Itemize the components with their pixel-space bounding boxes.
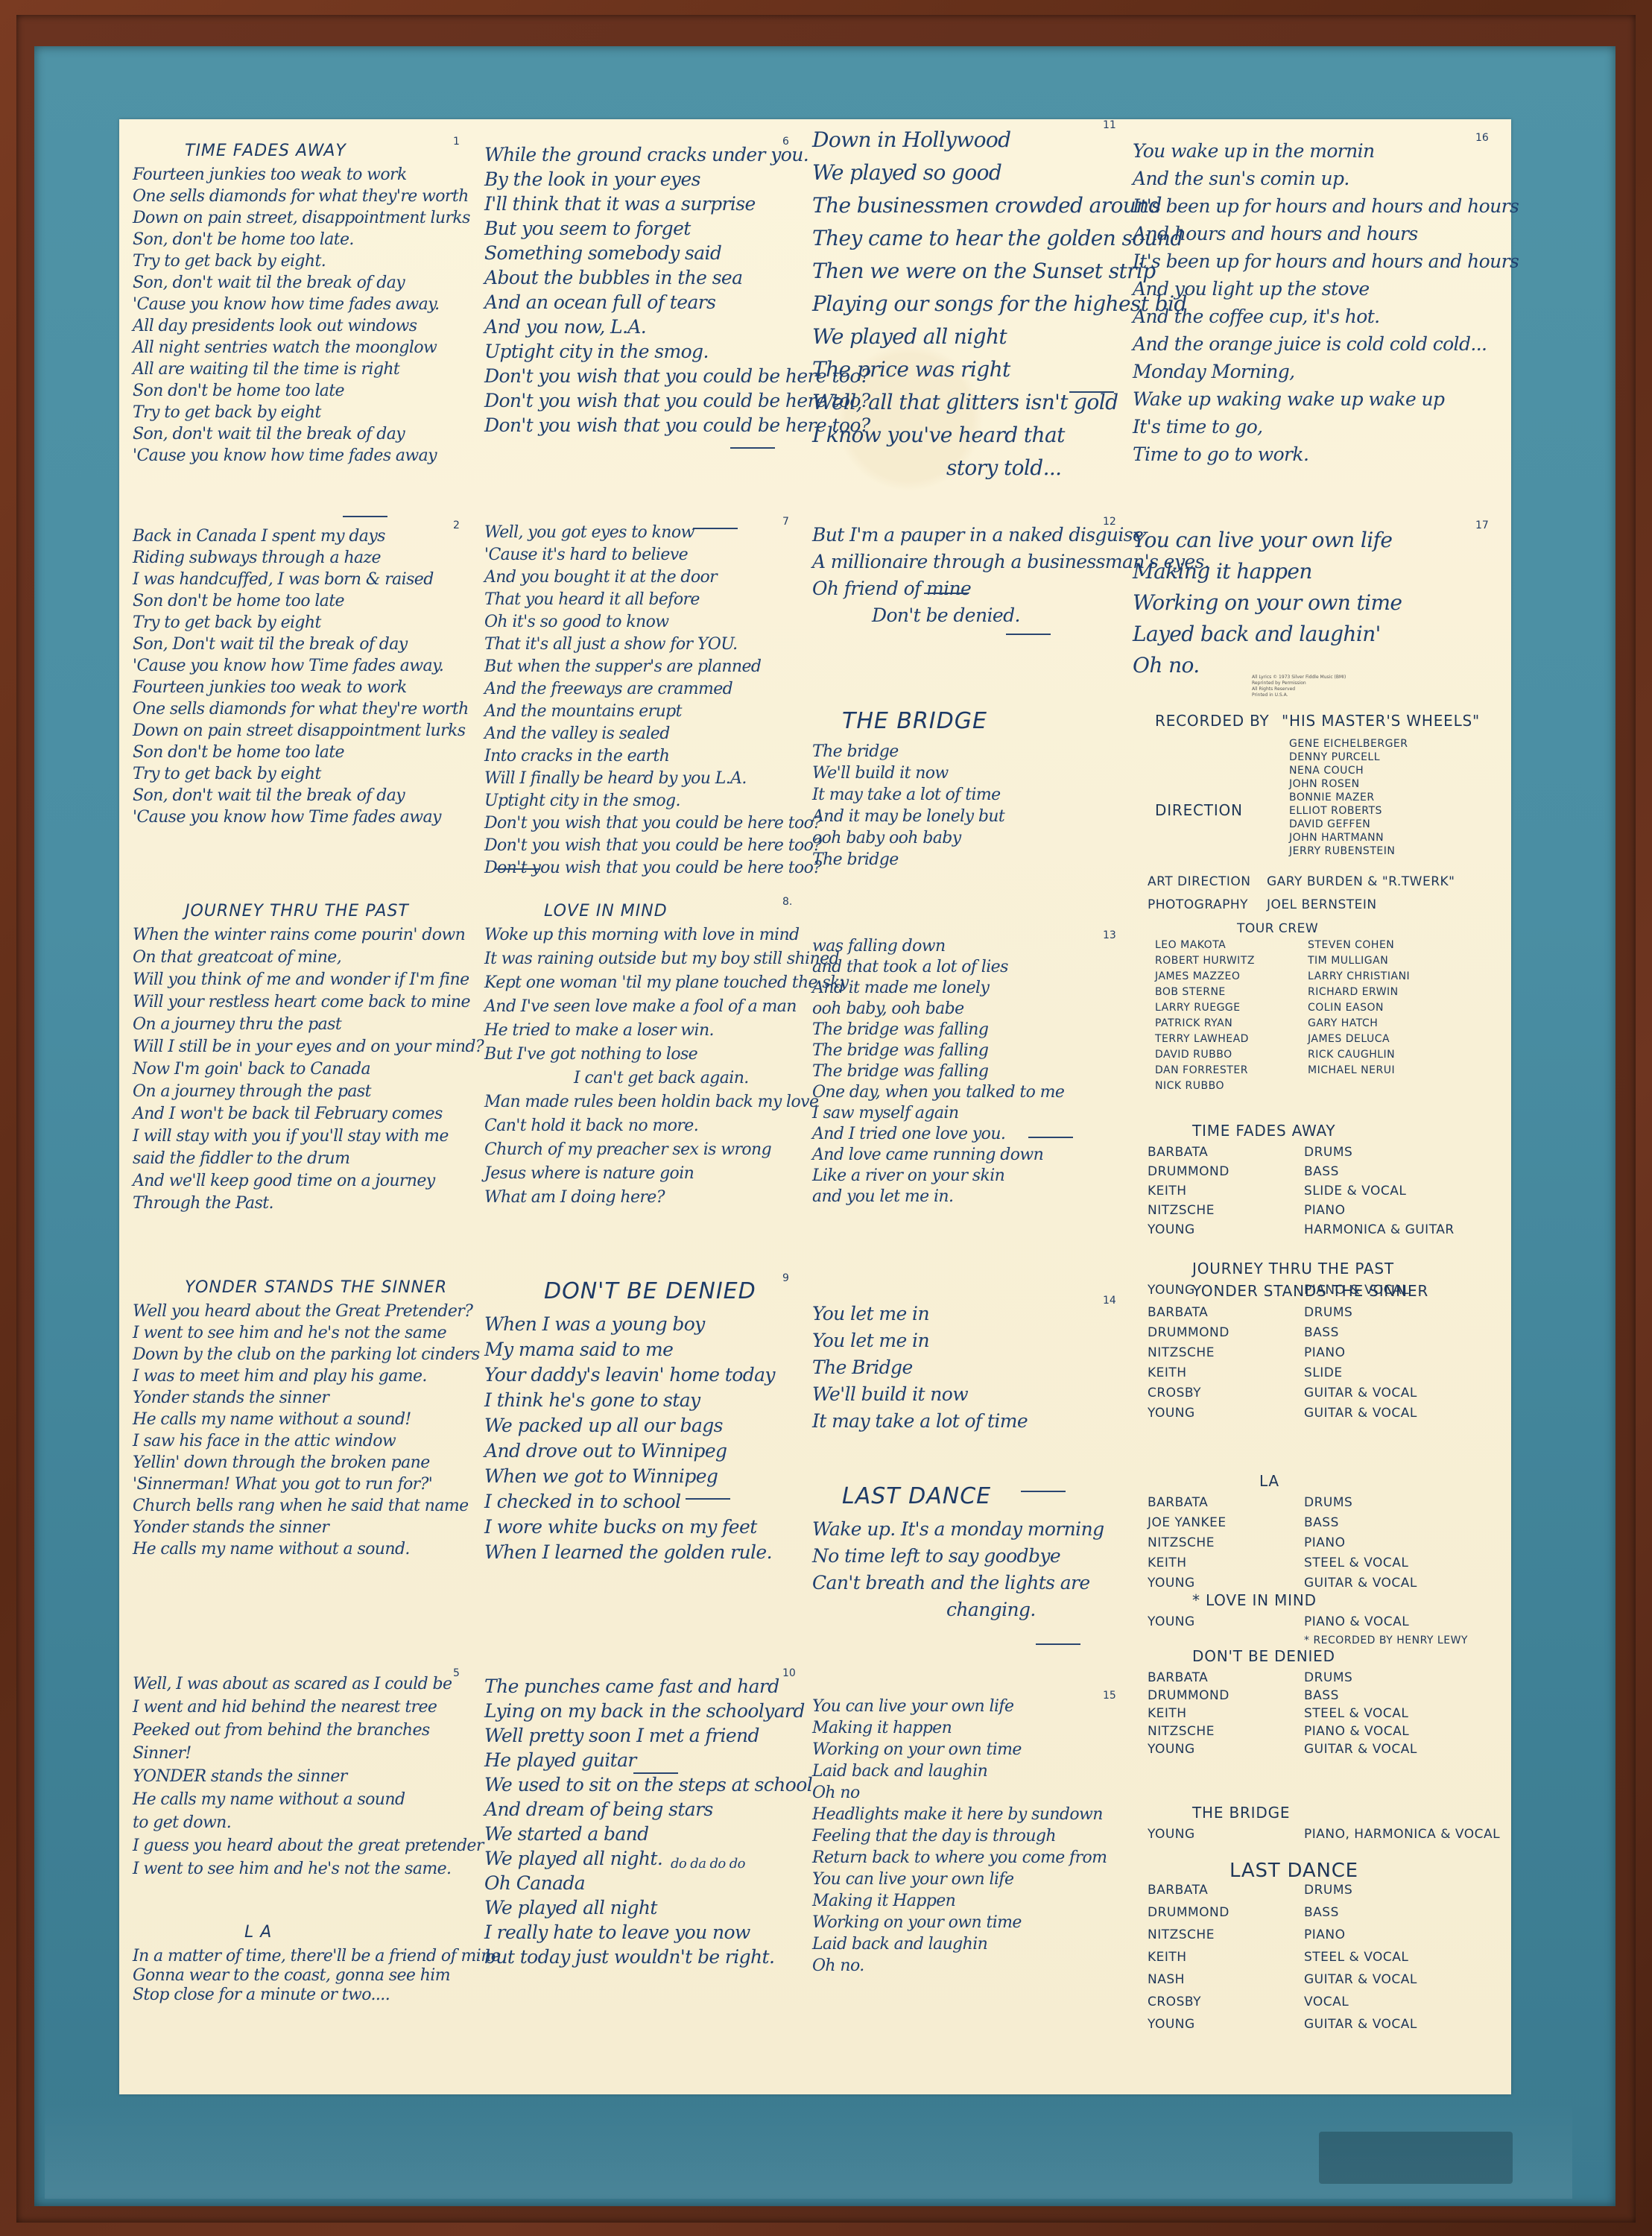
engineer-name: GENE EICHELBERGER [1289, 738, 1408, 751]
page-number: 10 [782, 1667, 796, 1679]
lyric-line: Lying on my back in the schoolyard [484, 1698, 805, 1725]
lyric-line: All night sentries watch the moonglow [133, 337, 437, 359]
lyric-line: That it's all just a show for YOU. [484, 634, 738, 655]
lyric-line: Into cracks in the earth [484, 745, 669, 767]
lyric-aside: do da do do [671, 1853, 745, 1875]
lyric-line: Yonder stands the sinner [133, 1517, 329, 1538]
musician-instrument: BASS [1304, 1515, 1339, 1531]
page-number: 8. [782, 896, 792, 908]
musician-name: KEITH [1148, 1183, 1187, 1199]
musician-name: NITZSCHE [1148, 1202, 1215, 1219]
lyric-line: We played all night. [484, 1845, 662, 1872]
lyric-line: The bridge [812, 849, 899, 871]
lyric-line: I guess you heard about the great preten… [133, 1835, 484, 1857]
song-title: JOURNEY THRU THE PAST [185, 902, 409, 920]
lyric-line: And I won't be back til February comes [133, 1103, 443, 1125]
musician-name: BARBATA [1148, 1144, 1208, 1160]
director-name: JOHN HARTMANN [1289, 832, 1384, 844]
musician-instrument: SLIDE [1304, 1365, 1343, 1381]
lyric-line: The bridge was falling [812, 1019, 988, 1040]
lyric-line: I know you've heard that [812, 420, 1065, 450]
tour-crew-name: LARRY CHRISTIANI [1308, 970, 1410, 983]
section-divider [924, 593, 969, 594]
lyric-line: Son don't be home too late [133, 590, 344, 612]
lyric-line: We played all night [484, 1895, 657, 1921]
lyric-line: Wake up. It's a monday morning [812, 1516, 1104, 1543]
lyric-line: I went to see him and he's not the same. [133, 1858, 451, 1880]
lyric-line: All day presidents look out windows [133, 315, 417, 337]
lyric-line: ooh baby ooh baby [812, 827, 961, 849]
lyric-line: 'Cause it's hard to believe [484, 544, 688, 566]
lyric-line: You let me in [812, 1327, 929, 1354]
tour-crew-name: BOB STERNE [1155, 986, 1226, 999]
musician-name: KEITH [1148, 1365, 1187, 1381]
lyric-line: Church of my preacher sex is wrong [484, 1139, 771, 1160]
section-divider [633, 1772, 678, 1774]
lyric-line: And drove out to Winnipeg [484, 1438, 727, 1465]
copyright-line: All Rights Reserved [1252, 686, 1295, 692]
lyric-line: Playing our songs for the highest bid [812, 289, 1187, 319]
lyric-line: And I've seen love make a fool of a man [484, 996, 797, 1017]
musician-name: KEITH [1148, 1555, 1187, 1571]
lyric-line: Stop close for a minute or two.... [133, 1984, 390, 2006]
lyric-line: and you let me in. [812, 1186, 953, 1207]
section-divider [1006, 634, 1051, 635]
lyric-line: And it made me lonely [812, 977, 989, 999]
musician-name: JOE YANKEE [1148, 1515, 1227, 1531]
page-number: 17 [1475, 519, 1489, 531]
section-divider [730, 447, 775, 449]
musician-instrument: DRUMS [1304, 1494, 1352, 1511]
lyric-line: Fourteen junkies too weak to work [133, 677, 407, 698]
lyric-line: When we got to Winnipeg [484, 1463, 718, 1490]
lyric-line: Gonna wear to the coast, gonna see him [133, 1965, 450, 1986]
lyric-line: Down on pain street disappointment lurks [133, 720, 465, 742]
lyric-line: Working on your own time [1133, 588, 1402, 618]
musician-name: YOUNG [1148, 1405, 1195, 1421]
musician-instrument: GUITAR & VOCAL [1304, 1575, 1417, 1591]
song-credit-title: DON'T BE DENIED [1192, 1647, 1335, 1665]
lyric-line: And hours and hours and hours [1133, 221, 1418, 247]
musician-instrument: DRUMS [1304, 1670, 1352, 1686]
lyric-line: And dream of being stars [484, 1796, 713, 1823]
engineer-name: NENA COUCH [1289, 765, 1364, 777]
lyric-line: When the winter rains come pourin' down [133, 924, 465, 946]
page-number: 11 [1103, 119, 1116, 131]
musician-instrument: DRUMS [1304, 1144, 1352, 1160]
lyric-line: I'll think that it was a surprise [484, 191, 756, 218]
lyric-line: By the look in your eyes [484, 166, 700, 193]
lyric-line: We played so good [812, 158, 1001, 188]
lyric-line: And you light up the stove [1133, 276, 1370, 303]
lyric-line: story told... [946, 453, 1061, 483]
credit-note: * RECORDED BY HENRY LEWY [1304, 1635, 1468, 1647]
lyric-line: You can live your own life [812, 1696, 1013, 1717]
lyric-line: It's time to go, [1133, 414, 1263, 440]
page-number: 14 [1103, 1295, 1116, 1307]
musician-name: NITZSCHE [1148, 1723, 1215, 1740]
lyric-line: In a matter of time, there'll be a frien… [133, 1945, 500, 1967]
lyric-line: The bridge [812, 741, 899, 762]
musician-name: KEITH [1148, 1949, 1187, 1965]
lyric-line: Will I still be in your eyes and on your… [133, 1036, 484, 1058]
lyric-line: On that greatcoat of mine, [133, 947, 341, 968]
section-divider [1028, 1137, 1073, 1138]
tour-crew-name: COLIN EASON [1308, 1002, 1384, 1014]
lyric-line: We packed up all our bags [484, 1412, 723, 1439]
lyric-line: Back in Canada I spent my days [133, 525, 385, 547]
lyric-line: And the orange juice is cold cold cold..… [1133, 331, 1487, 358]
song-credit-title: THE BRIDGE [1192, 1804, 1290, 1822]
director-name: JERRY RUBENSTEIN [1289, 845, 1395, 858]
musician-instrument: DRUMS [1304, 1882, 1352, 1898]
lyric-line: Will your restless heart come back to mi… [133, 991, 470, 1013]
lyric-line: Now I'm goin' back to Canada [133, 1058, 370, 1080]
musician-name: YOUNG [1148, 1282, 1195, 1298]
musician-name: BARBATA [1148, 1304, 1208, 1321]
song-title: LOVE IN MIND [544, 902, 668, 920]
lyric-line: Try to get back by eight [133, 402, 321, 423]
lyric-line: Working on your own time [812, 1912, 1022, 1933]
section-divider [1069, 391, 1114, 393]
musician-instrument: PIANO & VOCAL [1304, 1614, 1409, 1630]
lyric-line: All are waiting til the time is right [133, 359, 399, 380]
lyric-line: Son don't be home too late [133, 380, 344, 402]
lyric-line: Son don't be home too late [133, 742, 344, 763]
lyric-line: I was to meet him and play his game. [133, 1365, 427, 1387]
lyric-line: He tried to make a loser win. [484, 1020, 714, 1041]
lyric-line: 'Cause you know how time fades away [133, 445, 437, 467]
musician-instrument: STEEL & VOCAL [1304, 1705, 1408, 1722]
musician-name: CROSBY [1148, 1385, 1201, 1401]
lyric-line: And it may be lonely but [812, 806, 1004, 827]
lyric-line: And an ocean full of tears [484, 289, 715, 316]
lyric-line: Making it happen [1133, 557, 1312, 587]
musician-instrument: GUITAR & VOCAL [1304, 1971, 1417, 1988]
tour-crew-name: TERRY LAWHEAD [1155, 1033, 1249, 1046]
lyric-line: And I tried one love you. [812, 1123, 1005, 1145]
lyric-line: It may take a lot of time [812, 784, 1001, 806]
lyric-line: Yellin' down through the broken pane [133, 1452, 430, 1474]
lyric-line: But I've got nothing to lose [484, 1043, 697, 1065]
lyric-line: said the fiddler to the drum [133, 1148, 349, 1169]
photography-value: JOEL BERNSTEIN [1267, 897, 1377, 913]
lyric-line: Son, don't be home too late. [133, 229, 354, 250]
musician-name: YOUNG [1148, 1575, 1195, 1591]
lyric-line: Son, don't wait til the break of day [133, 423, 405, 445]
lyric-line: Making it happen [812, 1717, 952, 1739]
tour-crew-name: NICK RUBBO [1155, 1080, 1224, 1093]
lyric-line: Well you heard about the Great Pretender… [133, 1301, 472, 1322]
lyrics-column-2: 6While the ground cracks under you.By th… [484, 119, 805, 2094]
picture-frame: TIME FADES AWAY1Fourteen junkies too wea… [0, 0, 1652, 2236]
musician-name: BARBATA [1148, 1670, 1208, 1686]
lyric-line: And the sun's comin up. [1133, 165, 1349, 192]
lyric-line: Riding subways through a haze [133, 547, 381, 569]
lyric-line: Return back to where you come from [812, 1847, 1107, 1869]
lyric-line: Woke up this morning with love in mind [484, 924, 800, 946]
lyric-line: About the bubbles in the sea [484, 265, 742, 291]
lyric-line: Well, you got eyes to know [484, 522, 694, 543]
lyric-line: We started a band [484, 1821, 649, 1848]
musician-instrument: BASS [1304, 1904, 1339, 1921]
musician-name: YOUNG [1148, 1614, 1195, 1630]
musician-instrument: STEEL & VOCAL [1304, 1949, 1408, 1965]
lyric-line: Time to go to work. [1133, 441, 1308, 468]
lyric-line: The bridge was falling [812, 1061, 988, 1082]
musician-name: BARBATA [1148, 1882, 1208, 1898]
lyric-line: Yonder stands the sinner [133, 1387, 329, 1409]
copyright-line: All Lyrics © 1973 Silver Fiddle Music (B… [1252, 675, 1346, 680]
lyric-line: I wore white bucks on my feet [484, 1514, 757, 1541]
lyric-line: Then we were on the Sunset strip [812, 256, 1156, 286]
musician-name: YOUNG [1148, 1741, 1195, 1757]
lyric-line: Don't you wish that you could be here to… [484, 812, 821, 834]
lyric-line: Kept one woman 'til my plane touched the… [484, 972, 849, 994]
musician-instrument: SLIDE & VOCAL [1304, 1183, 1406, 1199]
lyric-line: Fourteen junkies too weak to work [133, 164, 407, 186]
lyric-line: Will I finally be heard by you L.A. [484, 768, 747, 789]
lyric-line: Will you think of me and wonder if I'm f… [133, 969, 469, 991]
lyric-line: I checked in to school [484, 1488, 681, 1515]
lyric-line: And the valley is sealed [484, 723, 670, 745]
recorded-by-value: "HIS MASTER'S WHEELS" [1282, 712, 1480, 730]
lyric-line: The Bridge [812, 1354, 913, 1381]
musician-instrument: GUITAR & VOCAL [1304, 2016, 1417, 2033]
tour-crew-label: TOUR CREW [1237, 920, 1318, 937]
lyrics-column-3: 11Down in HollywoodWe played so goodThe … [812, 119, 1125, 2094]
lyric-line: He calls my name without a sound. [133, 1538, 410, 1560]
lyric-line: Oh no [812, 1782, 860, 1804]
lyric-line: What am I doing here? [484, 1187, 665, 1208]
musician-instrument: BASS [1304, 1163, 1339, 1180]
tour-crew-name: DAN FORRESTER [1155, 1064, 1248, 1077]
tour-crew-name: RICHARD ERWIN [1308, 986, 1399, 999]
lyric-line: No time left to say goodbye [812, 1543, 1060, 1570]
musician-instrument: PIANO & VOCAL [1304, 1723, 1409, 1740]
musician-instrument: BASS [1304, 1687, 1339, 1704]
lyric-line: Try to get back by eight [133, 763, 321, 785]
lyric-line: He calls my name without a sound! [133, 1409, 411, 1430]
lyric-line: I saw myself again [812, 1102, 958, 1124]
lyric-line: Your daddy's leavin' home today [484, 1362, 775, 1389]
lyric-line: Down in Hollywood [812, 125, 1011, 155]
musician-name: YOUNG [1148, 1826, 1195, 1842]
lyric-line: He calls my name without a sound [133, 1789, 405, 1810]
tour-crew-name: DAVID RUBBO [1155, 1049, 1232, 1061]
lyric-line: My mama said to me [484, 1336, 673, 1363]
lyric-line: And the freeways are crammed [484, 678, 732, 700]
page-number: 7 [782, 516, 789, 528]
lyric-line: Son, don't wait til the break of day [133, 785, 405, 806]
lyric-line: 'Cause you know how Time fades away [133, 806, 441, 828]
tour-crew-name: JAMES MAZZEO [1155, 970, 1240, 983]
lyric-line: Uptight city in the smog. [484, 338, 709, 365]
lyric-line: Well, I was about as scared as I could b… [133, 1673, 452, 1695]
lyric-line: But when the supper's are planned [484, 656, 761, 678]
director-name: DAVID GEFFEN [1289, 818, 1370, 831]
song-title: TIME FADES AWAY [185, 142, 346, 160]
photography-label: PHOTOGRAPHY [1148, 897, 1248, 913]
song-title: THE BRIDGE [842, 708, 987, 734]
lyric-line: I saw his face in the attic window [133, 1430, 396, 1452]
copyright-line: Reprinted by Permission [1252, 680, 1306, 686]
lyric-line: Oh it's so good to know [484, 611, 668, 633]
lyric-line: changing. [946, 1597, 1036, 1623]
lyric-line: 'Sinnerman! What you got to run for?' [133, 1474, 432, 1495]
lyric-line: They came to hear the golden sound [812, 224, 1183, 253]
lyric-line: It's been up for hours and hours and hou… [1133, 193, 1519, 220]
lyric-line: Laid back and laughin [812, 1760, 987, 1782]
lyric-line: Son, Don't wait til the break of day [133, 634, 408, 655]
lyric-line: While the ground cracks under you. [484, 142, 808, 168]
art-direction-value: GARY BURDEN & "R.TWERK" [1267, 874, 1455, 890]
tour-crew-name: JAMES DELUCA [1308, 1033, 1390, 1046]
musician-instrument: BASS [1304, 1324, 1339, 1341]
lyric-line: Don't you wish that you could be here to… [484, 835, 821, 856]
musician-instrument: PIANO [1304, 1535, 1346, 1551]
lyric-line: Oh Canada [484, 1870, 585, 1897]
lyric-line: Layed back and laughin' [1133, 619, 1381, 649]
lyric-line: Working on your own time [812, 1739, 1022, 1760]
page-number: 5 [453, 1667, 460, 1679]
musician-name: NITZSCHE [1148, 1927, 1215, 1943]
musician-name: NASH [1148, 1971, 1185, 1988]
tour-crew-name: MICHAEL NERUI [1308, 1064, 1395, 1077]
lyrics-column-4: 16You wake up in the morninAnd the sun's… [1133, 119, 1498, 2094]
musician-instrument: VOCAL [1304, 1994, 1349, 2010]
lyric-line: Try to get back by eight [133, 612, 321, 634]
musician-name: DRUMMOND [1148, 1904, 1229, 1921]
lyric-line: Through the Past. [133, 1193, 273, 1214]
lyric-line: Son, don't wait til the break of day [133, 272, 405, 294]
lyric-line: Can't breath and the lights are [812, 1570, 1090, 1597]
lyric-line: And you bought it at the door [484, 566, 717, 588]
musician-name: NITZSCHE [1148, 1535, 1215, 1551]
lyric-line: Down by the club on the parking lot cind… [133, 1344, 480, 1365]
musician-instrument: HARMONICA & GUITAR [1304, 1222, 1455, 1238]
lyric-line: Church bells rang when he said that name [133, 1495, 469, 1517]
lyric-line: I will stay with you if you'll stay with… [133, 1125, 449, 1147]
lyric-line: and that took a lot of lies [812, 956, 1008, 978]
lyric-line: Making it Happen [812, 1890, 955, 1912]
lyric-line: When I was a young boy [484, 1311, 705, 1338]
lyric-line: Wake up waking wake up wake up [1133, 386, 1444, 413]
director-name: ELLIOT ROBERTS [1289, 805, 1382, 818]
song-credit-title: * LOVE IN MIND [1192, 1591, 1317, 1609]
lyric-line: And love came running down [812, 1144, 1043, 1166]
musician-name: DRUMMOND [1148, 1687, 1229, 1704]
lyric-line: The businessmen crowded around [812, 191, 1162, 221]
lyric-line: I was handcuffed, I was born & raised [133, 569, 434, 590]
recorded-by-label: RECORDED BY [1155, 712, 1270, 730]
musician-name: KEITH [1148, 1705, 1187, 1722]
song-credit-title: YONDER STANDS THE SINNER [1192, 1282, 1428, 1300]
section-divider [693, 528, 738, 529]
song-title: L A [244, 1923, 272, 1942]
musician-instrument: GUITAR & VOCAL [1304, 1741, 1417, 1757]
section-divider [686, 1498, 730, 1500]
tour-crew-name: TIM MULLIGAN [1308, 955, 1388, 967]
lyric-line: 'Cause you know how Time fades away. [133, 655, 443, 677]
lyric-line: You let me in [812, 1301, 929, 1327]
glass-reflection [1319, 2132, 1513, 2184]
lyric-line: ooh baby, ooh babe [812, 998, 964, 1020]
song-credit-title: JOURNEY THRU THE PAST [1192, 1260, 1394, 1278]
lyric-line: but today just wouldn't be right. [484, 1944, 774, 1971]
lyric-line: The bridge was falling [812, 1040, 988, 1061]
musician-instrument: DRUMS [1304, 1304, 1352, 1321]
lyric-line: Don't be denied. [872, 602, 1020, 629]
lyric-line: He played guitar [484, 1747, 636, 1774]
page-number: 13 [1103, 929, 1116, 941]
musician-instrument: PIANO, HARMONICA & VOCAL [1304, 1826, 1500, 1842]
lyric-line: Oh no. [1133, 651, 1200, 680]
song-credit-title: LAST DANCE [1229, 1860, 1358, 1882]
song-title: YONDER STANDS THE SINNER [185, 1278, 447, 1297]
lyrics-column-1: TIME FADES AWAY1Fourteen junkies too wea… [133, 119, 475, 2094]
lyric-line: The price was right [812, 355, 1010, 385]
lyric-line: And we'll keep good time on a journey [133, 1170, 435, 1192]
lyric-line: You wake up in the mornin [1133, 138, 1375, 165]
musician-instrument: GUITAR & VOCAL [1304, 1385, 1417, 1401]
lyric-line: Headlights make it here by sundown [812, 1804, 1103, 1825]
lyric-line: We used to sit on the steps at school [484, 1772, 812, 1798]
page-number: 2 [453, 519, 460, 531]
lyric-line: I really hate to leave you now [484, 1919, 750, 1946]
lyric-line: But you seem to forget [484, 215, 691, 242]
tour-crew-name: LARRY RUEGGE [1155, 1002, 1241, 1014]
lyric-line: I went to see him and he's not the same [133, 1322, 446, 1344]
lyric-line: We'll build it now [812, 762, 949, 784]
page-number: 1 [453, 136, 460, 148]
lyric-line: The punches came fast and hard [484, 1673, 779, 1700]
tour-crew-name: PATRICK RYAN [1155, 1017, 1232, 1030]
lyric-line: And the coffee cup, it's hot. [1133, 303, 1380, 330]
lyric-line: Oh no. [812, 1955, 864, 1977]
lyric-line: Try to get back by eight. [133, 250, 326, 272]
lyric-line: Something somebody said [484, 240, 721, 267]
musician-name: DRUMMOND [1148, 1324, 1229, 1341]
tour-crew-name: STEVEN COHEN [1308, 939, 1394, 952]
lyric-line: Can't hold it back no more. [484, 1115, 698, 1137]
section-divider [496, 868, 540, 870]
song-title: DON'T BE DENIED [544, 1278, 756, 1304]
musician-name: NITZSCHE [1148, 1345, 1215, 1361]
lyric-line: You can live your own life [1133, 525, 1392, 555]
lyric-line: One day, when you talked to me [812, 1081, 1064, 1103]
lyric-line: to get down. [133, 1812, 231, 1834]
lyric-line: Sinner! [133, 1743, 192, 1764]
tour-crew-name: ROBERT HURWITZ [1155, 955, 1255, 967]
section-divider [1021, 1491, 1066, 1492]
musician-instrument: STEEL & VOCAL [1304, 1555, 1408, 1571]
lyric-sheet: TIME FADES AWAY1Fourteen junkies too wea… [119, 119, 1511, 2094]
lyric-line: It's been up for hours and hours and hou… [1133, 248, 1519, 275]
lyric-line: You can live your own life [812, 1869, 1013, 1890]
section-divider [1036, 1643, 1080, 1645]
song-credit-title: TIME FADES AWAY [1192, 1122, 1335, 1140]
song-title: LAST DANCE [842, 1483, 991, 1509]
lyric-line: was falling down [812, 935, 946, 957]
engineer-name: DENNY PURCELL [1289, 751, 1380, 764]
lyric-line: On a journey through the past [133, 1081, 371, 1102]
lyric-line: Laid back and laughin [812, 1933, 987, 1955]
tour-crew-name: LEO MAKOTA [1155, 939, 1226, 952]
musician-name: BARBATA [1148, 1494, 1208, 1511]
lyric-line: Down on pain street, disappointment lurk… [133, 207, 470, 229]
section-divider [343, 516, 387, 517]
